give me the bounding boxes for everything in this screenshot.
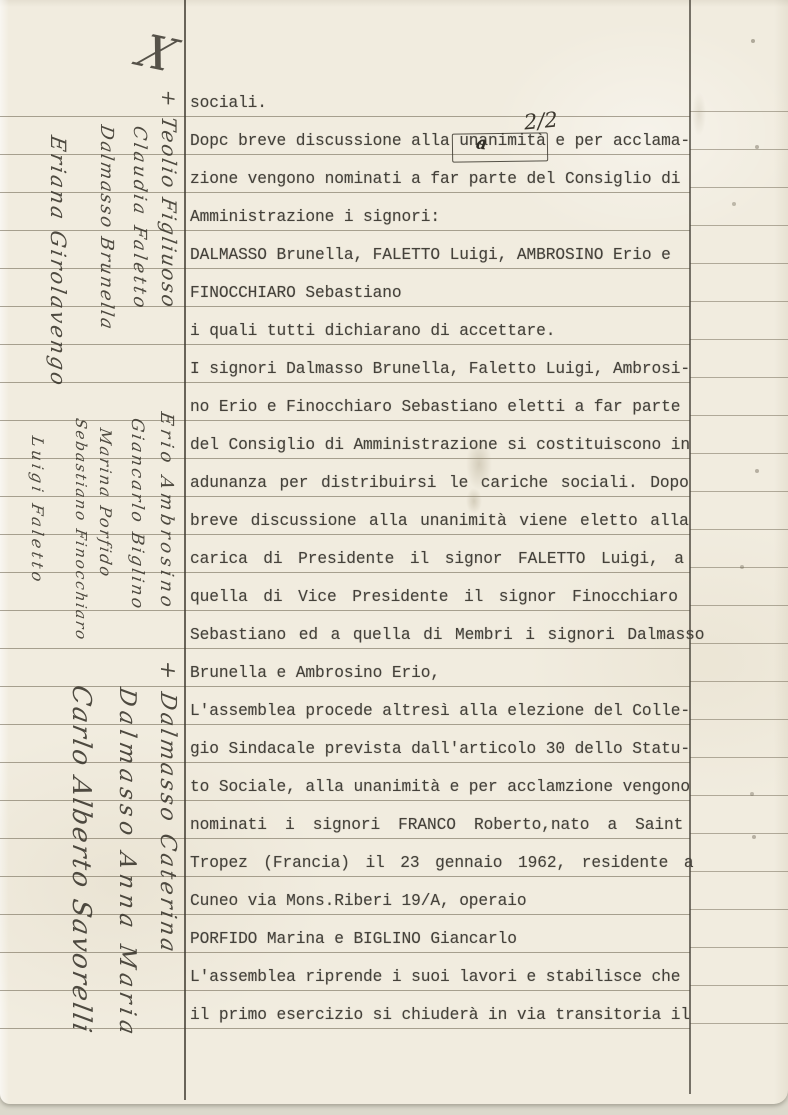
typed-line: sociali. bbox=[190, 84, 267, 122]
paper-specks bbox=[0, 0, 2, 2]
typed-line: FINOCCHIARO Sebastiano bbox=[190, 274, 402, 312]
typed-line: i quali tutti dichiarano di accettare. bbox=[190, 312, 555, 350]
typed-line: L'assemblea riprende i suoi lavori e sta… bbox=[190, 958, 680, 996]
signature: + Teolio Figliuoso bbox=[157, 88, 181, 311]
typed-line: Tropez (Francia) il 23 gennaio 1962, res… bbox=[190, 844, 693, 882]
signature: Carlo Alberto Savorelli bbox=[66, 683, 96, 1037]
left-margin-line bbox=[184, 0, 186, 1100]
signature: Eriana Girolavengo bbox=[46, 134, 70, 390]
typed-line: breve discussione alla unanimità viene e… bbox=[190, 502, 689, 540]
typed-line: il primo esercizio si chiuderà in via tr… bbox=[190, 996, 690, 1034]
typed-line: L'assemblea procede altresì alla elezion… bbox=[190, 692, 690, 730]
scanned-page: sociali. Dopc breve discussione alla una… bbox=[0, 0, 788, 1104]
typed-line: Sebastiano ed a quella di Membri i signo… bbox=[190, 616, 704, 654]
right-margin-line bbox=[689, 0, 691, 1094]
correction-box bbox=[452, 132, 548, 162]
typed-line: carica di Presidente il signor FALETTO L… bbox=[190, 540, 684, 578]
signature: Sebastiano Finocchiaro bbox=[72, 417, 90, 643]
typed-line: I signori Dalmasso Brunella, Faletto Lui… bbox=[190, 350, 690, 388]
typed-line: nominati i signori FRANCO Roberto,nato a… bbox=[190, 806, 683, 844]
signature: + Dalmasso Caterina bbox=[155, 659, 180, 957]
typed-line: Brunella e Ambrosino Erio, bbox=[190, 654, 440, 692]
typed-line: DALMASSO Brunella, FALETTO Luigi, AMBROS… bbox=[190, 236, 671, 274]
typed-line: PORFIDO Marina e BIGLINO Giancarlo bbox=[190, 920, 517, 958]
typed-line: Dopc breve discussione alla unanimità e … bbox=[190, 122, 690, 160]
page-note: 2/2 bbox=[523, 108, 559, 135]
paper-stain bbox=[692, 92, 706, 136]
typed-line: Amministrazione i signori: bbox=[190, 198, 440, 236]
typed-line: quella di Vice Presidente il signor Fino… bbox=[190, 578, 678, 616]
typed-line: no Erio e Finocchiaro Sebastiano eletti … bbox=[190, 388, 680, 426]
signature: Erio Ambrosino bbox=[156, 410, 177, 612]
signature: Luigi Faletto bbox=[28, 435, 47, 587]
x-mark: X bbox=[129, 25, 185, 82]
ruled-lines-right-margin bbox=[690, 74, 788, 1024]
typed-line: zione vengono nominati a far parte del C… bbox=[190, 160, 680, 198]
signature: Claudia Faletto bbox=[129, 124, 150, 312]
typed-line: to Sociale, alla unanimità e per acclamz… bbox=[190, 768, 690, 806]
typed-line: Cuneo via Mons.Riberi 19/A, operaio bbox=[190, 882, 527, 920]
signature: Giancarlo Biglino bbox=[127, 416, 147, 612]
signature: Dalmasso Anna Maria bbox=[114, 685, 140, 1041]
typed-line: gio Sindacale prevista dall'articolo 30 … bbox=[190, 730, 690, 768]
signature: Marina Porfido bbox=[96, 427, 115, 580]
typed-line: adunanza per distribuirsi le cariche soc… bbox=[190, 464, 689, 502]
signature: Dalmasso Brunella bbox=[96, 123, 117, 332]
correction-letter: a bbox=[475, 133, 488, 154]
typed-line: del Consiglio di Amministrazione si cost… bbox=[190, 426, 690, 464]
